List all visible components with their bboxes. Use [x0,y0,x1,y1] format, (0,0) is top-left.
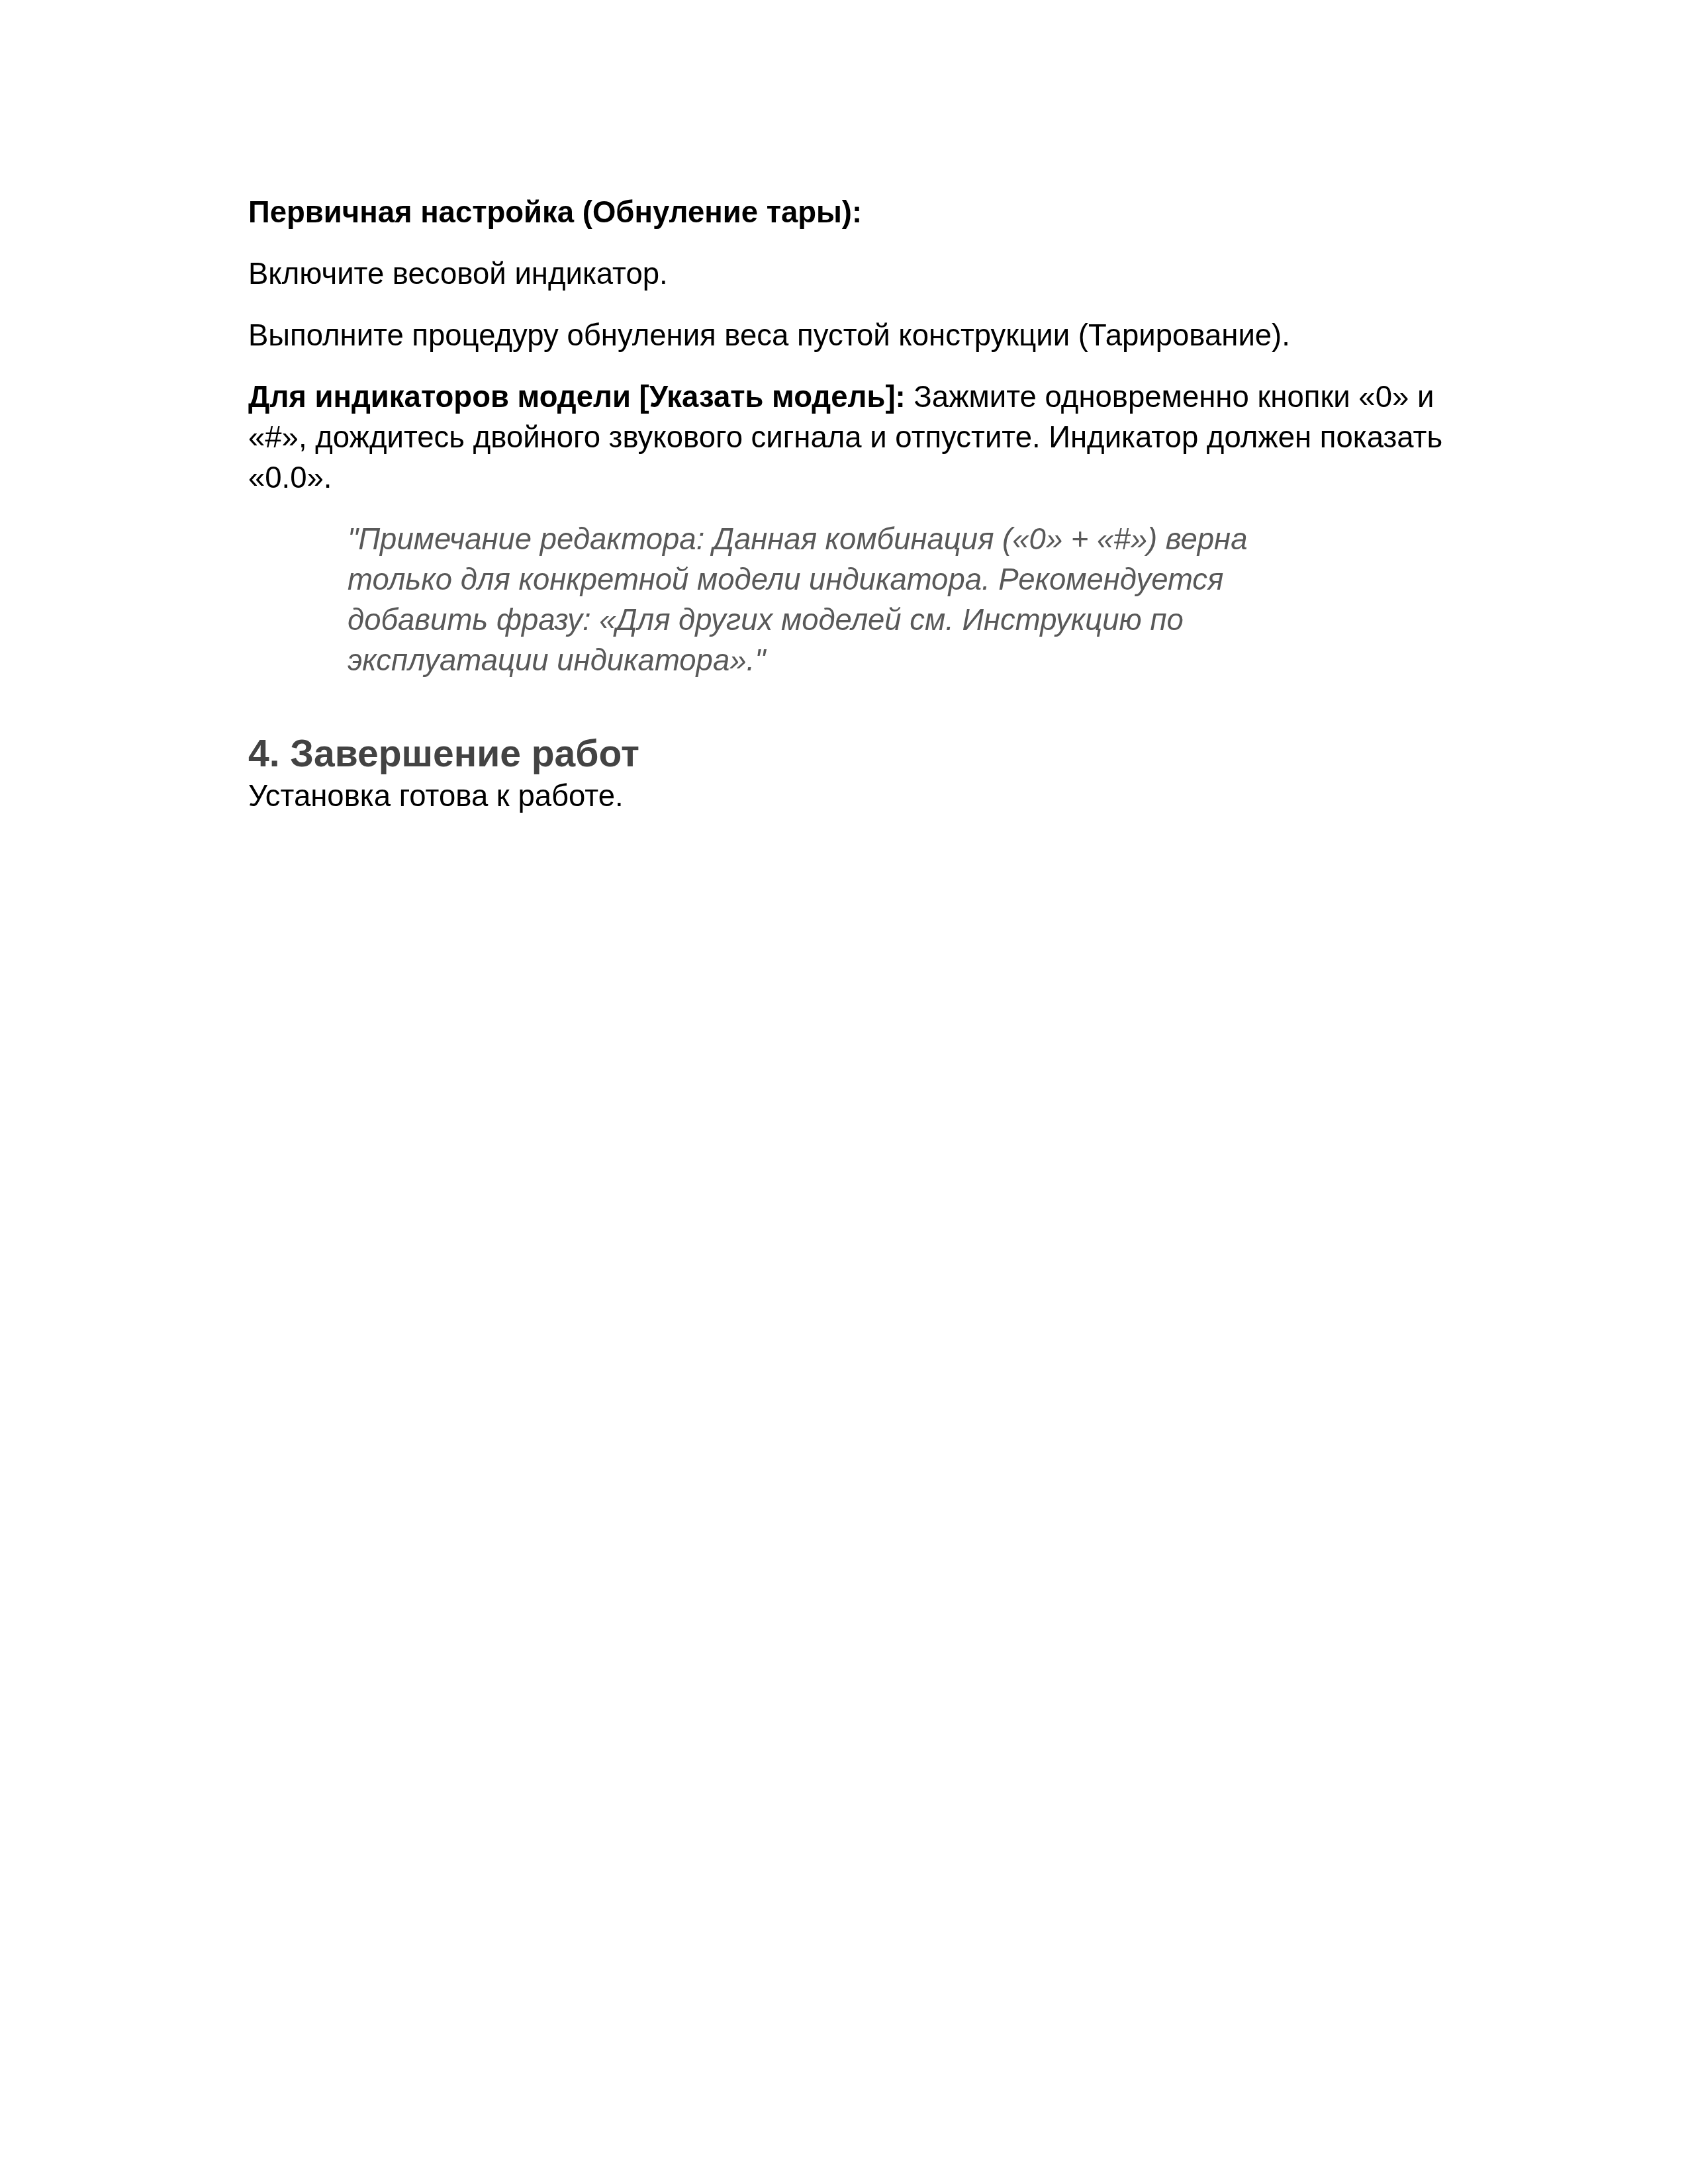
paragraph-turn-on: Включите весовой индикатор. [248,253,1446,294]
subheading-initial-setup: Первичная настройка (Обнуление тары): [248,192,1446,232]
paragraph-tare: Выполните процедуру обнуления веса пусто… [248,315,1446,355]
paragraph-model-instruction: Для индикаторов модели [Указать модель]:… [248,377,1446,498]
section-body-completion: Установка готова к работе. [248,776,1446,816]
editor-note: "Примечание редактора: Данная комбинация… [348,519,1307,680]
model-instruction-label: Для индикаторов модели [Указать модель]: [248,380,906,414]
document-page: Первичная настройка (Обнуление тары): Вк… [248,192,1446,816]
section-heading-completion: 4. Завершение работ [248,732,1446,776]
